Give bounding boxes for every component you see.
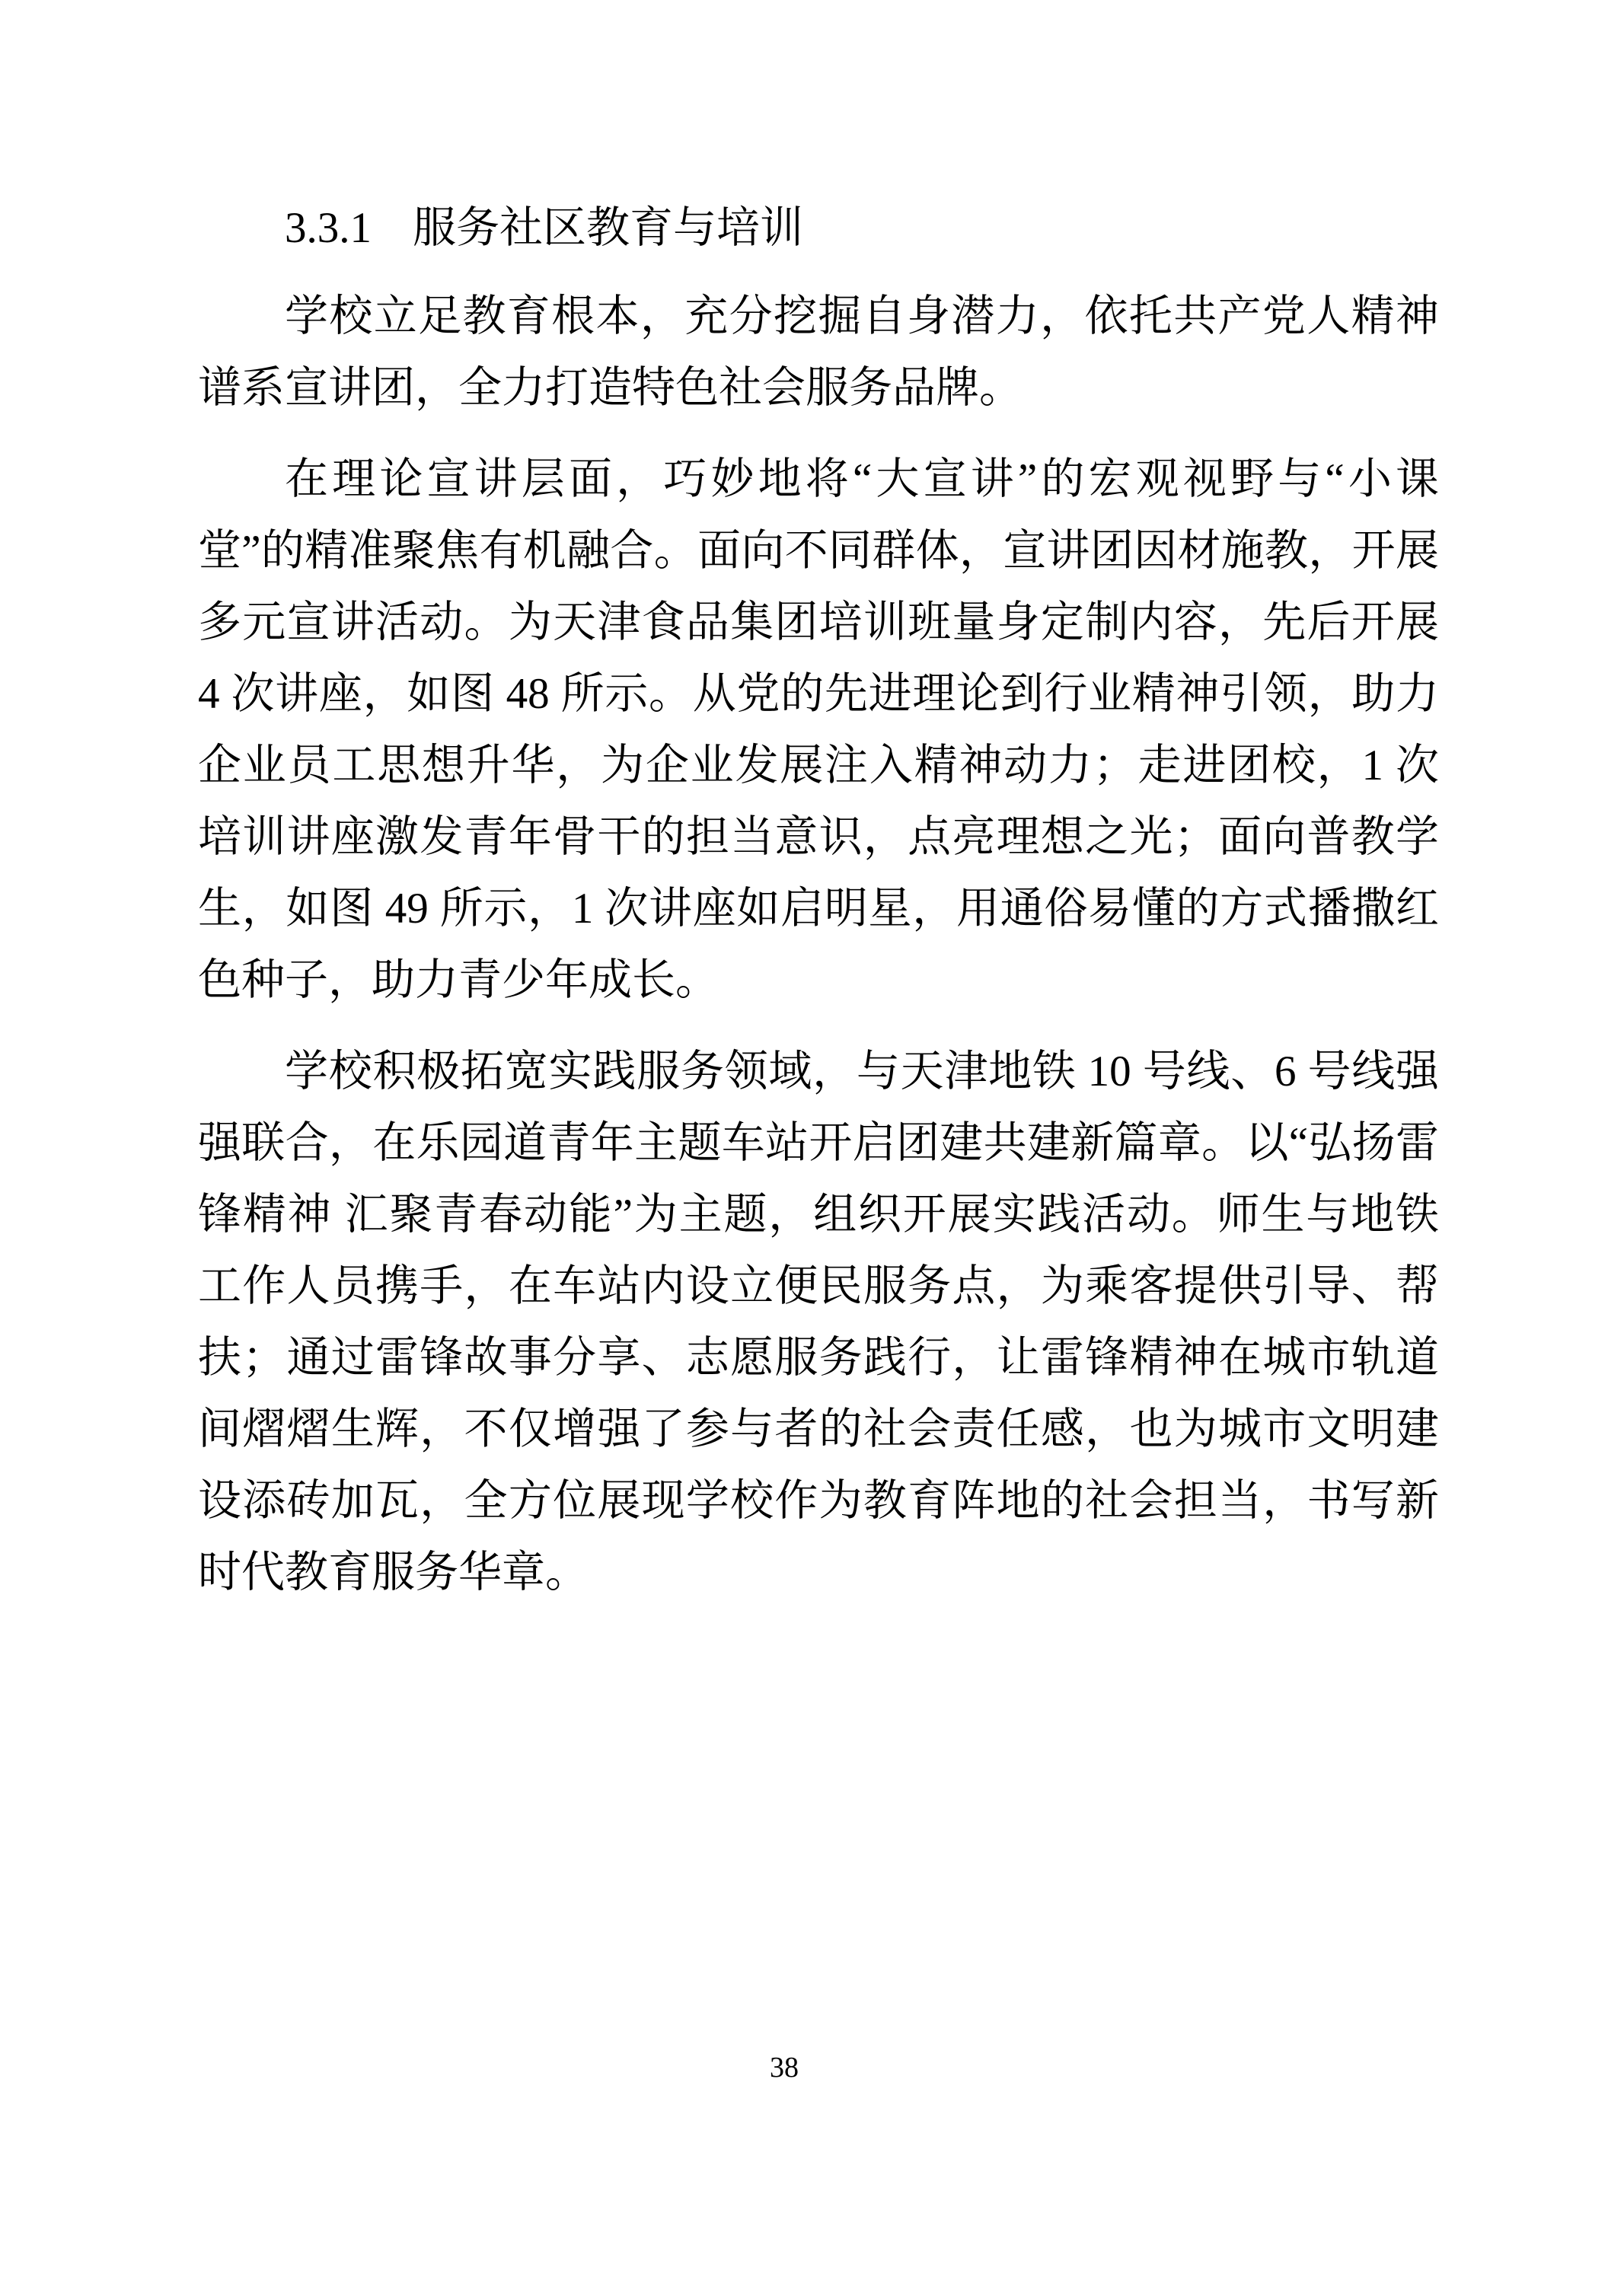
section-title: 服务社区教育与培训 — [413, 204, 803, 252]
body-paragraph: 学校积极拓宽实践服务领域，与天津地铁 10 号线、6 号线强强联合，在乐园道青年… — [198, 1036, 1439, 1609]
body-paragraph: 学校立足教育根本，充分挖掘自身潜力，依托共产党人精神谱系宣讲团，全力打造特色社会… — [198, 281, 1439, 424]
section-number: 3.3.1 — [285, 204, 372, 252]
section-heading: 3.3.1服务社区教育与培训 — [198, 193, 1439, 264]
page-footer: 38 — [0, 2050, 1568, 2085]
document-page: 3.3.1服务社区教育与培训 学校立足教育根本，充分挖掘自身潜力，依托共产党人精… — [0, 0, 1624, 2296]
page-content: 3.3.1服务社区教育与培训 学校立足教育根本，充分挖掘自身潜力，依托共产党人精… — [198, 193, 1439, 1609]
page-number: 38 — [770, 2052, 799, 2084]
body-paragraph: 在理论宣讲层面，巧妙地将“大宣讲”的宏观视野与“小课堂”的精准聚焦有机融合。面向… — [198, 444, 1439, 1016]
